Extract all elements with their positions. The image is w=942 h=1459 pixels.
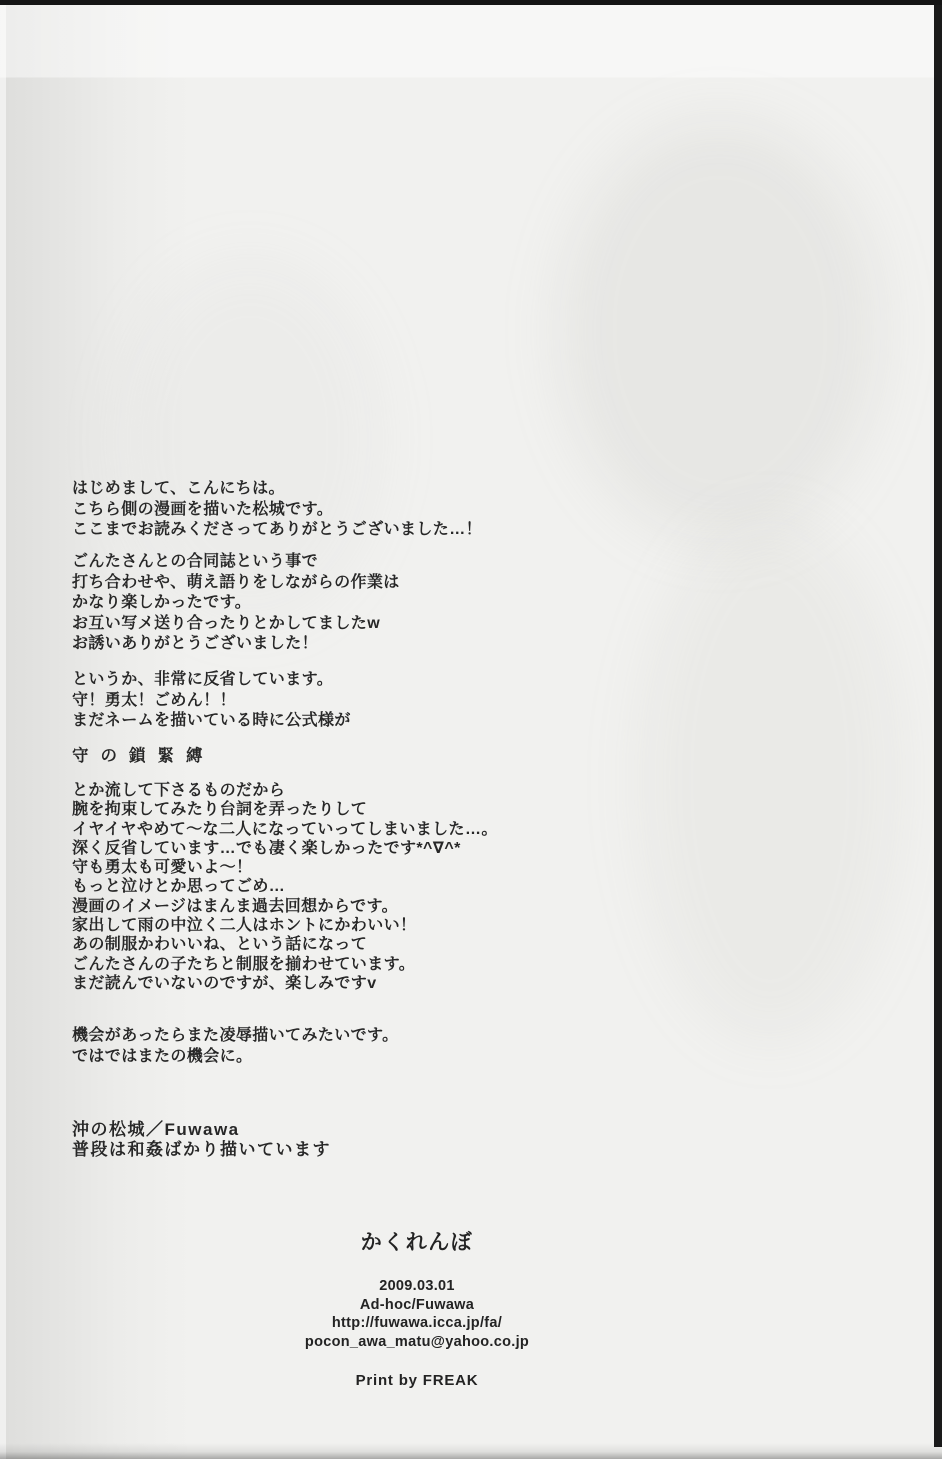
text-line: あの制服かわいいね、という話になって: [72, 935, 498, 954]
text-line: まだ読んでいないのですが、楽しみですv: [72, 974, 498, 993]
text-line: というか、非常に反省しています。: [72, 670, 351, 691]
text-line: 打ち合わせや、萌え語りをしながらの作業は: [72, 573, 400, 594]
text-line: 深く反省しています…でも凄く楽しかったです*^∇^*: [72, 839, 498, 858]
text-line: こちら側の漫画を描いた松城です。: [72, 500, 482, 521]
publication-date: 2009.03.01: [167, 1277, 667, 1296]
text-line: はじめまして、こんにちは。: [72, 479, 482, 500]
text-line: 家出して雨の中泣く二人はホントにかわいい！: [72, 916, 498, 935]
text-line: イヤイヤやめて〜な二人になっていってしまいました…。: [72, 820, 498, 839]
page-gutter-highlight: [0, 5, 6, 1459]
printer-credit: Print by FREAK: [167, 1372, 667, 1389]
book-title: かくれんぼ: [167, 1230, 667, 1256]
afterword-collab-paragraph: ごんたさんとの合同誌という事で打ち合わせや、萌え語りをしながらの作業はかなり楽し…: [72, 552, 400, 655]
bleed-through-ghost: [640, 520, 900, 1040]
text-line: もっと泣けとか思ってごめ…: [72, 877, 498, 896]
scanned-afterword-page: はじめまして、こんにちは。こちら側の漫画を描いた松城です。ここまでお読みくださっ…: [0, 0, 942, 1459]
text-line: 守も勇太も可愛いよ〜！: [72, 858, 498, 877]
text-line: かなり楽しかったです。: [72, 593, 400, 614]
text-line: ここまでお読みくださってありがとうございました…！: [72, 520, 482, 541]
bleed-through-ghost: [560, 120, 880, 540]
scan-edge-top: [0, 0, 942, 5]
scan-edge-right: [934, 5, 942, 1447]
text-line: 機会があったらまた凌辱描いてみたいです。: [72, 1026, 399, 1047]
afterword-reflection-paragraph: とか流して下さるものだから腕を拘束してみたり台詞を弄ったりしてイヤイヤやめて〜な…: [72, 781, 498, 993]
email-address: pocon_awa_matu@yahoo.co.jp: [167, 1333, 667, 1352]
author-signature: 沖の松城／Fuwawa普段は和姦ばかり描いています: [72, 1120, 331, 1159]
text-line: 沖の松城／Fuwawa: [72, 1120, 331, 1140]
text-line: まだネームを描いている時に公式様が: [72, 711, 351, 732]
text-line: ごんたさんの子たちと制服を揃わせています。: [72, 955, 498, 974]
text-line: ではではまたの機会に。: [72, 1047, 399, 1068]
colophon: かくれんぼ 2009.03.01 Ad-hoc/Fuwawa http://fu…: [167, 1230, 667, 1389]
afterword-closing-paragraph: 機会があったらまた凌辱描いてみたいです。ではではまたの機会に。: [72, 1026, 399, 1067]
website-url: http://fuwawa.icca.jp/fa/: [167, 1314, 667, 1333]
afterword-intro-paragraph: はじめまして、こんにちは。こちら側の漫画を描いた松城です。ここまでお読みくださっ…: [72, 479, 482, 541]
text-line: お誘いありがとうございました！: [72, 634, 400, 655]
circle-name: Ad-hoc/Fuwawa: [167, 1296, 667, 1315]
text-line: 守！勇太！ごめん！！: [72, 691, 351, 712]
text-line: 腕を拘束してみたり台詞を弄ったりして: [72, 800, 498, 819]
text-line: 漫画のイメージはまんま過去回想からです。: [72, 897, 498, 916]
text-line: とか流して下さるものだから: [72, 781, 498, 800]
text-line: ごんたさんとの合同誌という事で: [72, 552, 400, 573]
text-line: 普段は和姦ばかり描いています: [72, 1140, 331, 1160]
afterword-emphasized-title: 守の鎖緊縛: [72, 742, 215, 766]
afterword-apology-paragraph: というか、非常に反省しています。守！勇太！ごめん！！まだネームを描いている時に公…: [72, 670, 351, 732]
text-line: お互い写メ送り合ったりとかしてましたw: [72, 614, 400, 635]
scan-edge-bottom: [0, 1443, 942, 1459]
